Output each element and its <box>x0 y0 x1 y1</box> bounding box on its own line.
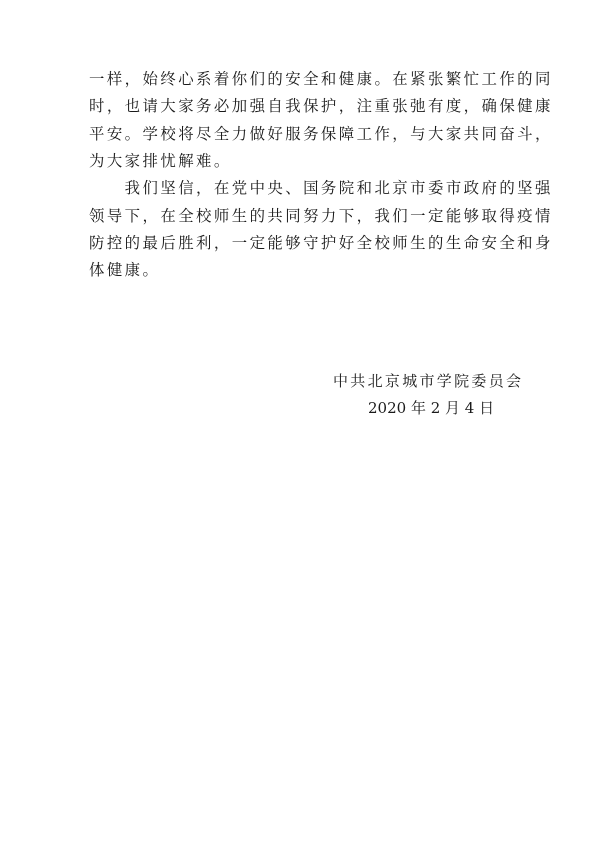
paragraph-2-line-1: 我们坚信，在党中央、国务院和北京市委市政府的坚强 <box>89 177 507 199</box>
signature-organization: 中共北京城市学院委员会 <box>333 370 523 392</box>
paragraph-2-line-2: 领导下，在全校师生的共同努力下，我们一定能够取得疫情 <box>89 205 507 227</box>
paragraph-1-line-4: 为大家排忧解难。 <box>89 150 507 172</box>
paragraph-1-line-2: 时，也请大家务必加强自我保护，注重张弛有度，确保健康 <box>89 95 507 117</box>
paragraph-2-line-3: 防控的最后胜利，一定能够守护好全校师生的生命安全和身 <box>89 232 507 254</box>
paragraph-2-line-4: 体健康。 <box>89 259 507 281</box>
signature-date: 2020 年 2 月 4 日 <box>368 397 494 419</box>
document-page: 一样，始终心系着你们的安全和健康。在紧张繁忙工作的同 时，也请大家务必加强自我保… <box>0 0 595 843</box>
paragraph-1-line-1: 一样，始终心系着你们的安全和健康。在紧张繁忙工作的同 <box>89 68 507 90</box>
paragraph-1-line-3: 平安。学校将尽全力做好服务保障工作，与大家共同奋斗， <box>89 123 507 145</box>
